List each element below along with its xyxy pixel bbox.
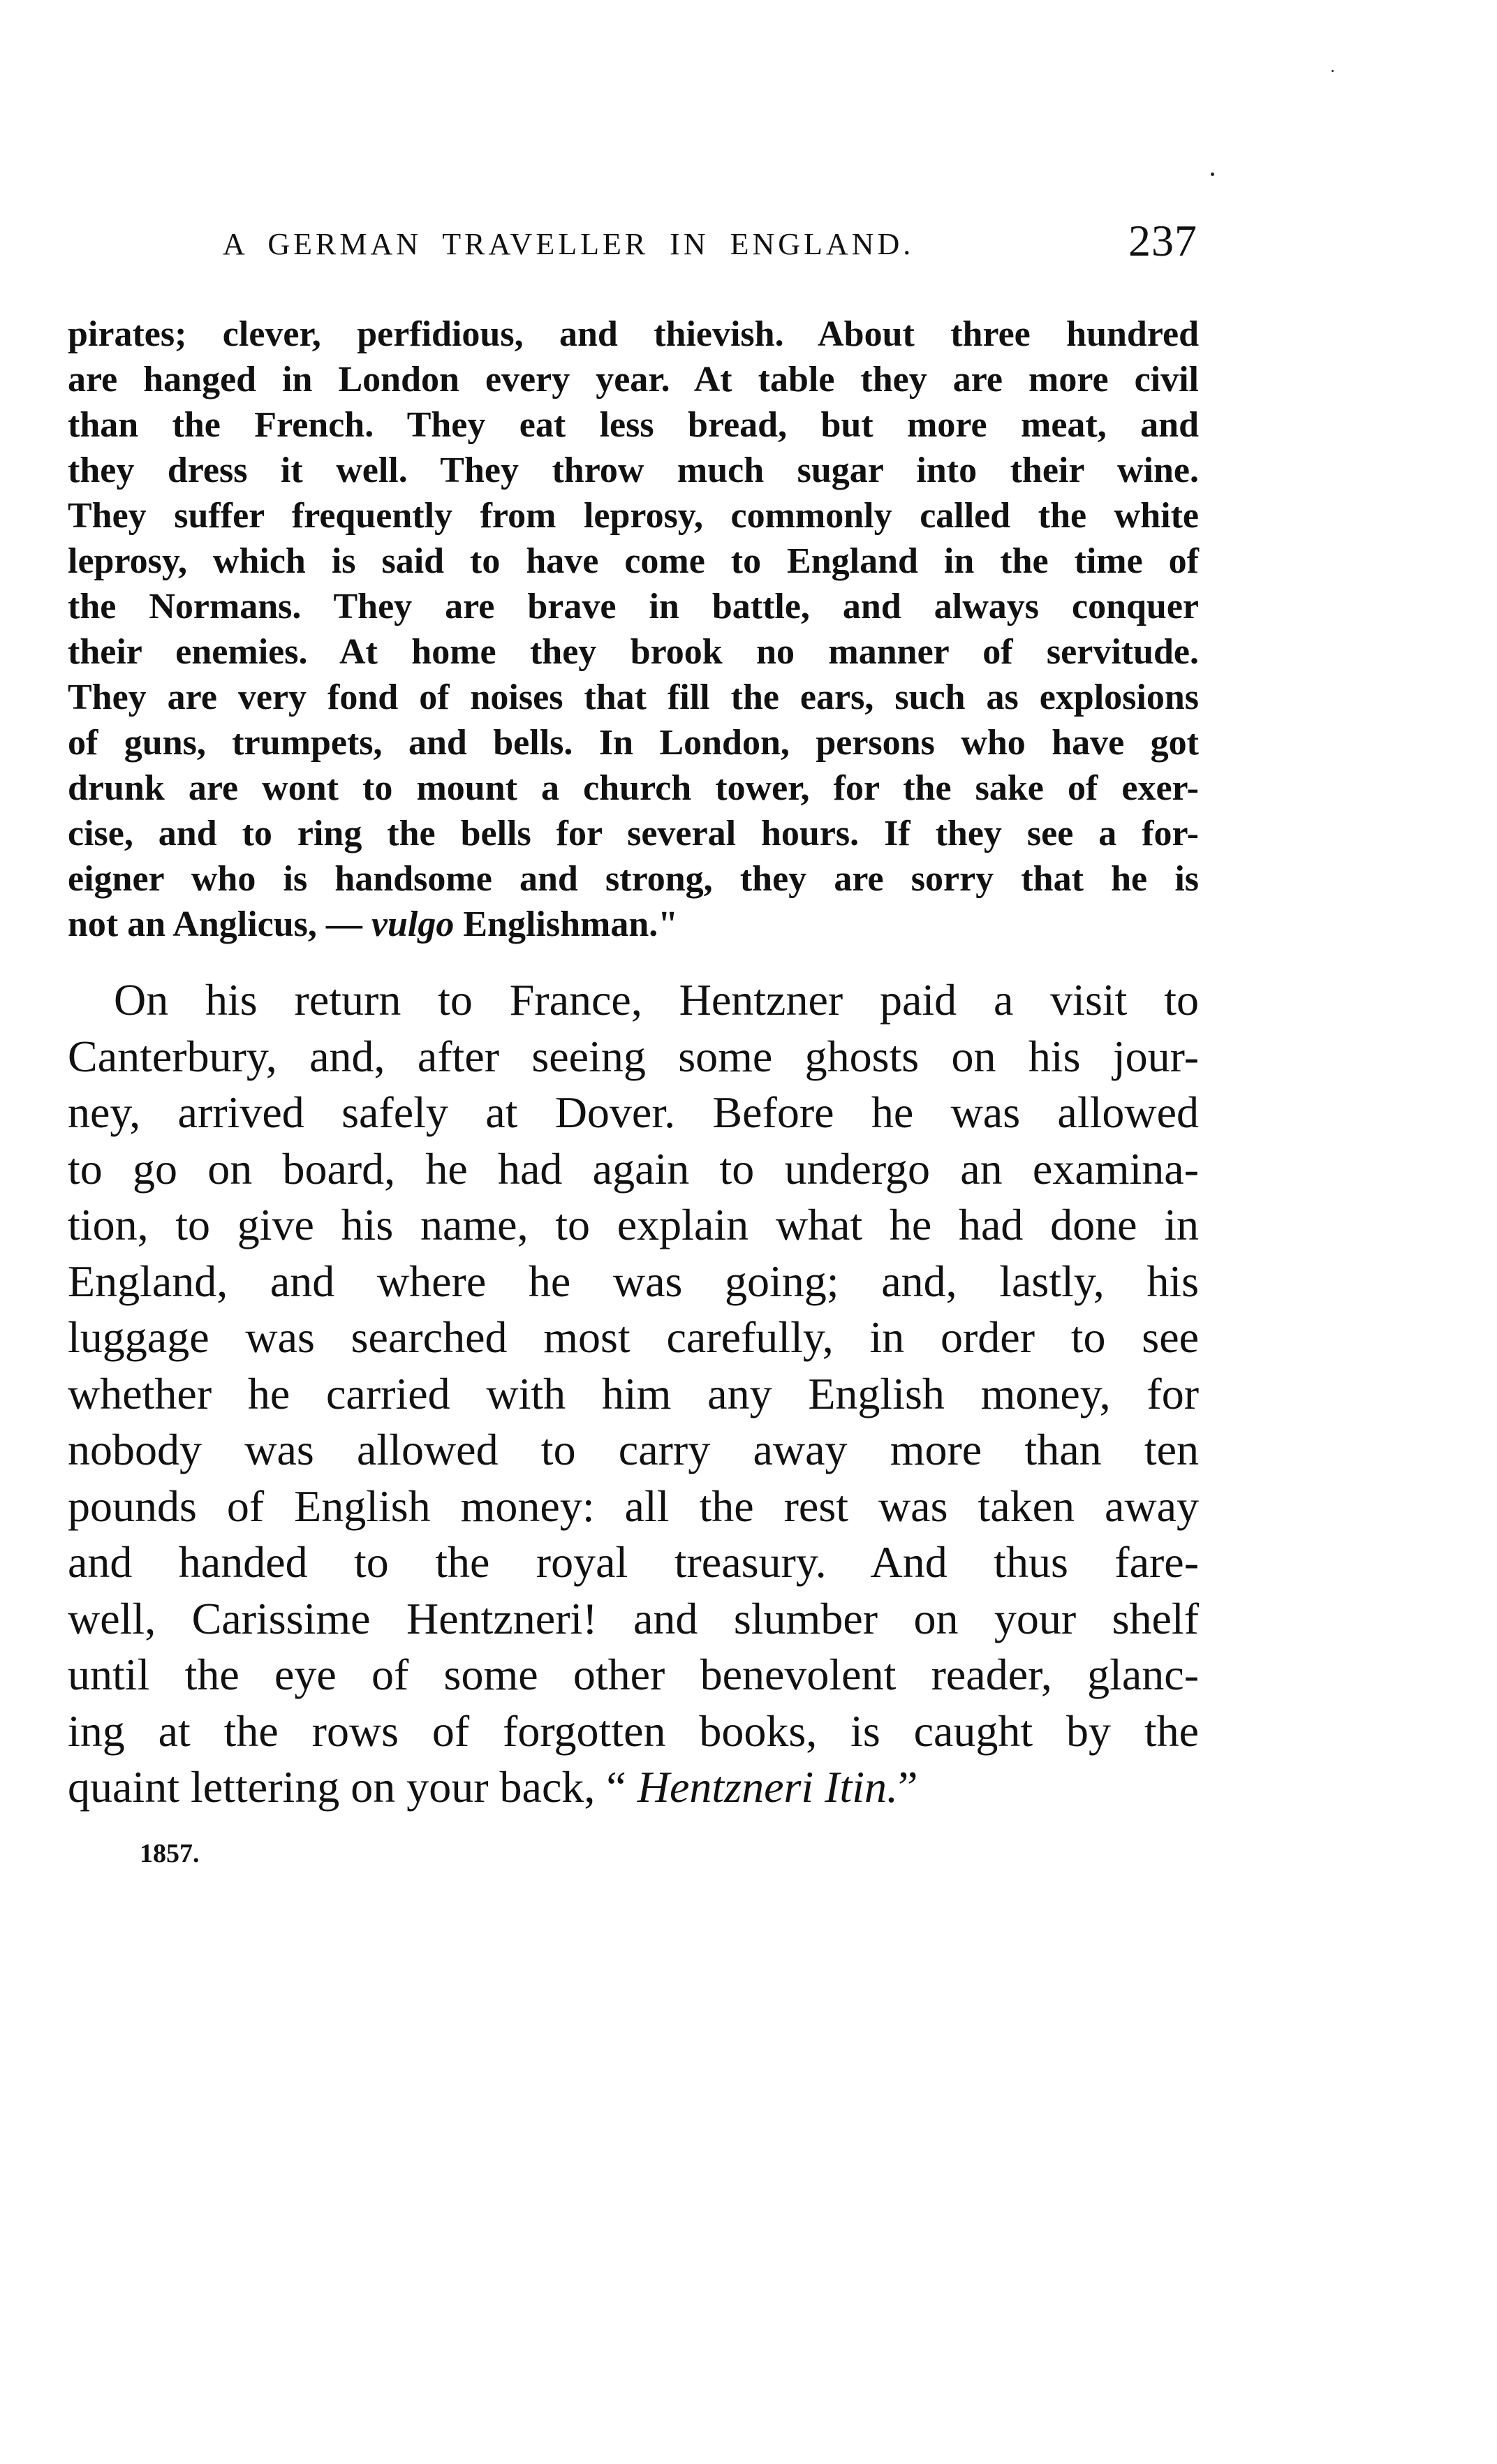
scan-speck	[1332, 70, 1334, 72]
page-number: 237	[1128, 215, 1197, 267]
text-line: They suffer frequently from leprosy, com…	[68, 493, 1199, 538]
text-line: they dress it well. They throw much suga…	[68, 448, 1199, 493]
italic-term: vulgo	[371, 904, 454, 944]
text-line: ing at the rows of forgotten books, is c…	[68, 1703, 1199, 1760]
text-line: than the French. They eat less bread, bu…	[68, 402, 1199, 448]
text-line: They are very fond of noises that fill t…	[68, 675, 1199, 720]
text-fragment: ”	[898, 1762, 917, 1812]
text-line: their enemies. At home they brook no man…	[68, 629, 1199, 675]
text-line: pirates; clever, perfidious, and thievis…	[68, 311, 1199, 357]
text-fragment: not an Anglicus, —	[68, 904, 371, 944]
text-line: leprosy, which is said to have come to E…	[68, 538, 1199, 584]
text-line: England, and where he was going; and, la…	[68, 1254, 1199, 1310]
text-line: whether he carried with him any English …	[68, 1366, 1199, 1423]
italic-title: Hentzneri Itin.	[637, 1762, 898, 1812]
text-line: pounds of English money: all the rest wa…	[68, 1479, 1199, 1535]
quoted-passage: pirates; clever, perfidious, and thievis…	[68, 311, 1199, 947]
text-line: until the eye of some other benevolent r…	[68, 1647, 1199, 1703]
text-line: nobody was allowed to carry away more th…	[68, 1422, 1199, 1479]
main-paragraph: On his return to France, Hentzner paid a…	[68, 972, 1199, 1816]
text-line-last: quaint lettering on your back, “ Hentzne…	[68, 1759, 1199, 1816]
text-line: and handed to the royal treasury. And th…	[68, 1534, 1199, 1591]
text-line-first: On his return to France, Hentzner paid a…	[68, 972, 1199, 1029]
text-line: the Normans. They are brave in battle, a…	[68, 584, 1199, 629]
running-header: A German Traveller in England. 237	[68, 222, 1199, 264]
text-fragment: quaint lettering on your back, “	[68, 1762, 637, 1812]
text-line: drunk are wont to mount a church tower, …	[68, 765, 1199, 811]
scan-speck	[1211, 173, 1214, 176]
text-line: of guns, trumpets, and bells. In London,…	[68, 720, 1199, 765]
text-line: eigner who is handsome and strong, they …	[68, 856, 1199, 902]
text-line: Canterbury, and, after seeing some ghost…	[68, 1029, 1199, 1085]
text-line: ney, arrived safely at Dover. Before he …	[68, 1085, 1199, 1141]
text-line-last: not an Anglicus, — vulgo Englishman."	[68, 902, 1199, 947]
text-line: well, Carissime Hentzneri! and slumber o…	[68, 1591, 1199, 1648]
date-line: 1857.	[140, 1838, 200, 1869]
text-line: to go on board, he had again to undergo …	[68, 1141, 1199, 1198]
text-line: tion, to give his name, to explain what …	[68, 1197, 1199, 1254]
text-line: cise, and to ring the bells for several …	[68, 811, 1199, 856]
text-fragment: Englishman."	[454, 904, 678, 944]
text-line: luggage was searched most carefully, in …	[68, 1310, 1199, 1366]
text-line: are hanged in London every year. At tabl…	[68, 357, 1199, 402]
running-title: A German Traveller in England.	[223, 226, 914, 262]
